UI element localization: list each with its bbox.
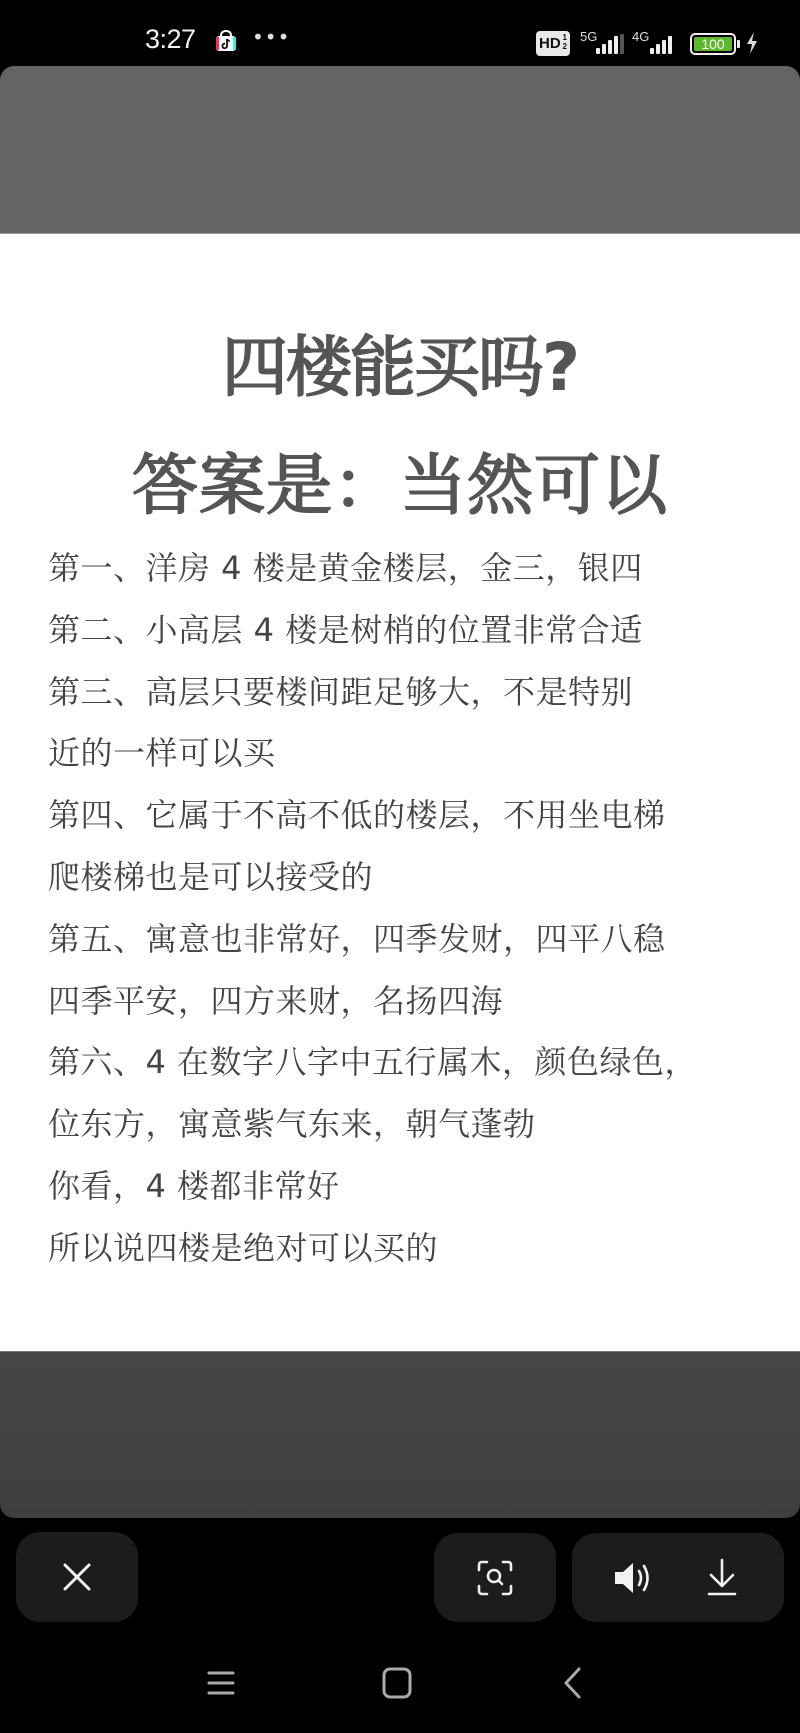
- text-line: 第四、它属于不高不低的楼层，不用坐电梯: [48, 795, 768, 857]
- sound-button[interactable]: [604, 1548, 664, 1608]
- text-line: 第五、寓意也非常好，四季发财，四平八稳: [48, 919, 768, 981]
- text-line: 位东方，寓意紫气东来，朝气蓬勃: [48, 1104, 768, 1166]
- speaker-icon: [613, 1560, 655, 1596]
- system-nav-bar: [0, 1640, 800, 1733]
- home-button[interactable]: [372, 1658, 422, 1708]
- text-line: 第二、小高层 4 楼是树梢的位置非常合适: [48, 610, 768, 672]
- hd-sim-label: 12: [563, 33, 567, 51]
- bottom-overlay-panel: [0, 1351, 800, 1518]
- text-line: 所以说四楼是绝对可以买的: [48, 1228, 768, 1290]
- text-line: 你看，4 楼都非常好: [48, 1166, 768, 1228]
- clock: 3:27: [145, 24, 196, 55]
- more-notifications-icon: •••: [252, 30, 290, 44]
- battery-icon: 100: [690, 33, 736, 55]
- text-line: 四季平安，四方来财，名扬四海: [48, 981, 768, 1043]
- media-actions-group: [572, 1533, 784, 1622]
- signal-strength-2-icon: [650, 34, 672, 54]
- home-icon: [381, 1666, 413, 1700]
- text-line: 第三、高层只要楼间距足够大，不是特别: [48, 672, 768, 734]
- status-bar: 3:27 ••• HD12 5G 4G 100: [0, 0, 800, 66]
- recents-icon: [206, 1669, 236, 1697]
- network-type-2: 4G: [632, 29, 649, 44]
- text-line: 爬楼梯也是可以接受的: [48, 857, 768, 919]
- download-button[interactable]: [692, 1548, 752, 1608]
- body-text: 第一、洋房 4 楼是黄金楼层，金三，银四 第二、小高层 4 楼是树梢的位置非常合…: [48, 548, 768, 1290]
- image-content: 四楼能买吗? 答案是：当然可以 第一、洋房 4 楼是黄金楼层，金三，银四 第二、…: [0, 233, 800, 1351]
- top-overlay-panel: [0, 66, 800, 234]
- visual-search-button[interactable]: [434, 1533, 556, 1622]
- hd-label: HD: [539, 35, 561, 52]
- back-icon: [561, 1666, 585, 1700]
- network-type-1: 5G: [580, 29, 597, 44]
- hd-voice-badge: HD12: [536, 31, 570, 56]
- text-line: 近的一样可以买: [48, 733, 768, 795]
- close-icon: [61, 1561, 93, 1593]
- page-title: 四楼能买吗?: [0, 314, 800, 409]
- close-button[interactable]: [16, 1532, 138, 1622]
- signal-strength-1-icon: [596, 34, 624, 54]
- visual-search-icon: [476, 1559, 514, 1597]
- charging-icon: [745, 31, 759, 55]
- battery-level: 100: [694, 37, 732, 51]
- battery-tip: [737, 40, 740, 48]
- page-subtitle: 答案是：当然可以: [0, 432, 800, 527]
- recents-button[interactable]: [196, 1658, 246, 1708]
- tiktok-shop-icon: [216, 30, 236, 52]
- back-button[interactable]: [548, 1658, 598, 1708]
- download-icon: [706, 1558, 738, 1598]
- text-line: 第一、洋房 4 楼是黄金楼层，金三，银四: [48, 548, 768, 610]
- text-line: 第六、4 在数字八字中五行属木，颜色绿色，: [48, 1042, 768, 1104]
